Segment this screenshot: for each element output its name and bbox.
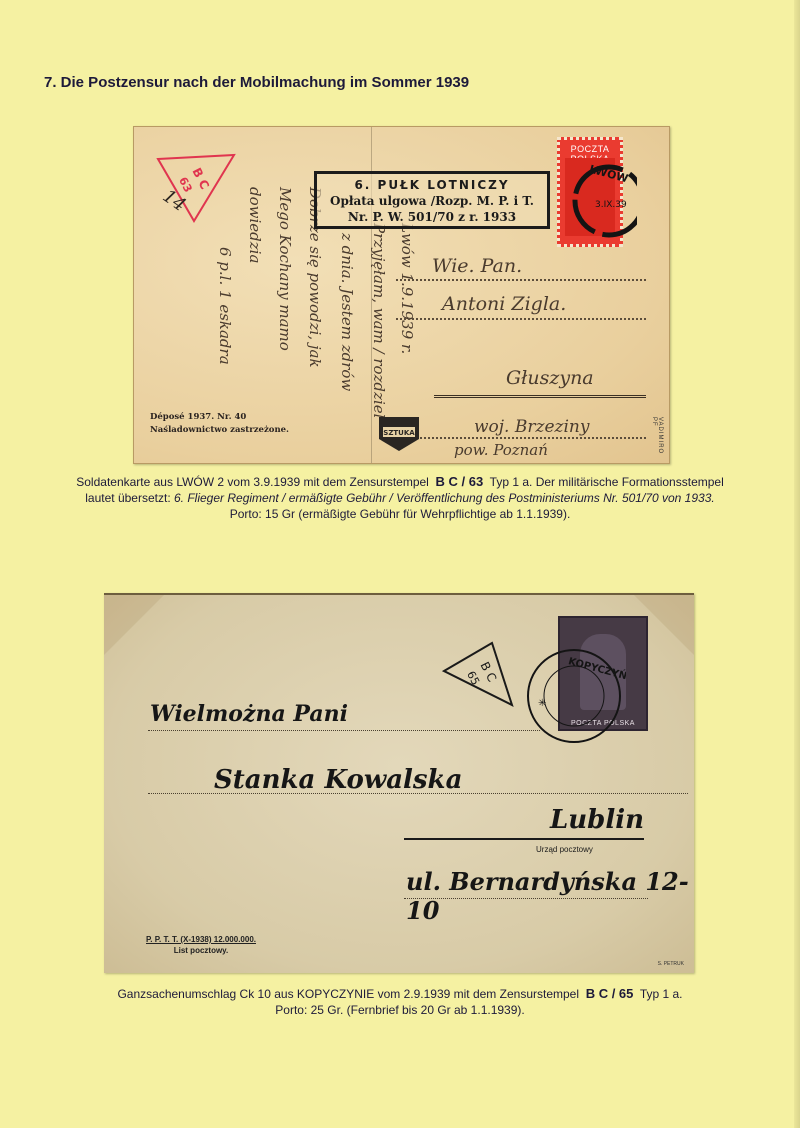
postmark-kopyczynce-icon: ✳ KOPYCZYŃCE	[516, 640, 626, 750]
svg-text:3.IX.39: 3.IX.39	[595, 200, 627, 210]
post-office-label: Urząd pocztowy	[536, 845, 593, 854]
envelope-imprint: P. P. T. T. (X-1938) 12.000.000. List po…	[146, 934, 256, 956]
caption-line: Ganzsachenumschlag Ck 10 aus KOPYCZYNIE …	[0, 986, 800, 1002]
envelope-flap	[104, 595, 164, 655]
address-name: Antoni Zigla.	[442, 293, 566, 315]
page-edge	[794, 0, 800, 1128]
censor-code: B C / 65	[586, 986, 634, 1001]
soldier-postcard: B C 63 14 Lwów 1.9.1939 r. Przyjęłam, wa…	[133, 126, 670, 464]
address-line	[434, 395, 646, 398]
address-line	[404, 838, 644, 840]
caption-line: Porto: 15 Gr (ermäßigte Gebühr für Wehrp…	[0, 506, 800, 522]
publisher-logo-icon: SZTUKA	[377, 413, 421, 453]
message-line: Przyjęłam, wam / rozdziel	[370, 223, 388, 418]
address-town: Lublin	[550, 805, 644, 835]
address-district: woj. Brzeziny	[474, 417, 589, 437]
address-line	[148, 730, 540, 731]
card-imprint: Déposé 1937. Nr. 40 Naśladownictwo zastr…	[150, 411, 289, 437]
message-line: z dnia. Jestem zdrów	[338, 233, 356, 391]
message-line: Lwów 1.9.1939 r.	[398, 223, 416, 354]
caption-line: Porto: 25 Gr. (Fernbrief bis 20 Gr ab 1.…	[0, 1002, 800, 1018]
caption-postcard: Soldatenkarte aus LWÓW 2 vom 3.9.1939 mi…	[0, 474, 800, 522]
address-line	[396, 437, 646, 439]
svg-text:65: 65	[464, 669, 482, 687]
message-line: Mego Kochany mamo	[276, 187, 294, 351]
address-county: pow. Poznań	[454, 441, 548, 459]
caption-envelope: Ganzsachenumschlag Ck 10 aus KOPYCZYNIE …	[0, 986, 800, 1018]
svg-text:SZTUKA: SZTUKA	[383, 429, 415, 437]
address-line	[404, 898, 648, 899]
censor-triangle-black-icon: B C 65	[440, 635, 520, 710]
address-salutation: Wie. Pan.	[432, 255, 522, 277]
svg-text:✳: ✳	[538, 698, 546, 709]
page-title: 7. Die Postzensur nach der Mobilmachung …	[44, 74, 469, 91]
printer-mark: S. PETRUK	[658, 961, 684, 967]
postal-stationery-envelope: B C 65 POCZTA POLSKA ✳ KOPYCZYŃCE Wielmo…	[104, 593, 694, 973]
address-town: Głuszyna	[506, 367, 594, 389]
message-line: dowiedzia	[246, 187, 264, 263]
censor-code: B C / 63	[436, 474, 484, 489]
censor-triangle-red-icon: B C 63 14	[146, 149, 236, 229]
address-line	[396, 279, 646, 281]
caption-line: lautet übersetzt: 6. Flieger Regiment / …	[0, 490, 800, 506]
printer-mark: VADIMIRO PF	[651, 417, 663, 463]
caption-line: Soldatenkarte aus LWÓW 2 vom 3.9.1939 mi…	[0, 474, 800, 490]
address-street: ul. Bernardyńska 12-10	[406, 867, 694, 925]
unit-cachet: 6. PUŁK LOTNICZY Opłata ulgowa /Rozp. M.…	[314, 171, 550, 229]
address-line	[148, 793, 688, 794]
message-line: 6 p.l. 1 eskadra	[216, 247, 234, 365]
address-line	[396, 318, 646, 320]
address-salutation: Wielmożna Pani	[150, 701, 348, 727]
postmark-lwow-icon: LWÓW 3.IX.39	[567, 149, 637, 249]
address-name: Stanka Kowalska	[214, 765, 462, 795]
